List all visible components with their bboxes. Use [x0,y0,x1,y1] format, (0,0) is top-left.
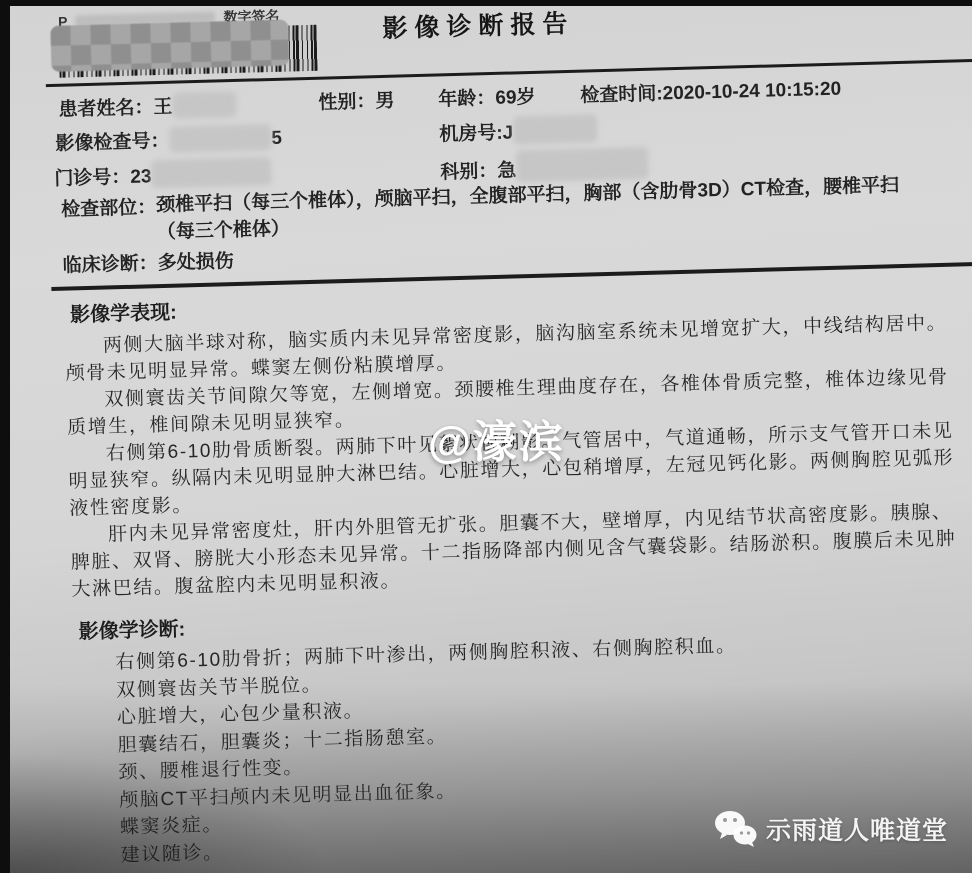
field-outpatient-no: 门诊号：23 [54,157,272,191]
field-age: 年龄：69岁 [438,82,536,112]
report-title: 影像诊断报告 [382,4,575,45]
outpatient-no-value: 23 [130,166,152,188]
exam-parts-label: 检查部位： [61,192,157,249]
image-exam-no-redaction [169,124,272,153]
barcode-block: P 数字签名 [58,6,332,79]
department-label: 科别： [440,161,498,184]
room-no-label: 机房号: [439,123,503,146]
department-redaction [516,147,649,183]
field-exam-time: 检查时间:2020-10-24 10:15:20 [580,74,841,108]
field-gender: 性别：男 [318,86,395,115]
image-exam-no-label: 影像检查号： [55,131,170,155]
patient-name-label: 患者姓名： [58,97,154,121]
field-image-exam-no: 影像检查号：5 [55,123,282,156]
report-photo: P 数字签名 影像诊断报告 患者姓名：王 性别：男 年龄：69岁 检查时间:20… [0,0,972,873]
clinical-diagnosis-value: 多处损伤 [157,251,234,274]
field-patient-name: 患者姓名：王 [58,90,237,122]
center-watermark: @濠滨 [428,406,565,470]
age-label: 年龄： [438,88,496,111]
room-no-redaction [513,114,598,144]
outpatient-no-label: 门诊号： [54,167,131,190]
gender-label: 性别： [318,91,376,114]
outpatient-no-redaction [151,157,272,188]
clinical-diagnosis-label: 临床诊断： [62,253,158,277]
gender-value: 男 [375,91,395,113]
age-value: 69岁 [495,87,536,109]
patient-name-value: 王 [153,97,173,119]
patient-name-redaction [172,91,237,119]
room-no-value: J [502,122,513,143]
barcode-redaction-mosaic [50,20,289,72]
exam-time-value: 2020-10-24 10:15:20 [662,79,841,105]
image-exam-no-suffix: 5 [271,128,282,149]
wechat-icon [714,810,758,848]
exam-time-label: 检查时间: [580,83,663,106]
patient-info: 患者姓名：王 性别：男 年龄：69岁 检查时间:2020-10-24 10:15… [46,63,956,287]
bottom-watermark: 示雨道人唯道堂 [714,810,948,848]
field-clinical-diagnosis: 临床诊断：多处损伤 [62,246,234,278]
bottom-watermark-text: 示雨道人唯道堂 [766,811,948,847]
department-value: 急 [497,160,517,182]
field-room-no: 机房号:J [439,114,598,146]
